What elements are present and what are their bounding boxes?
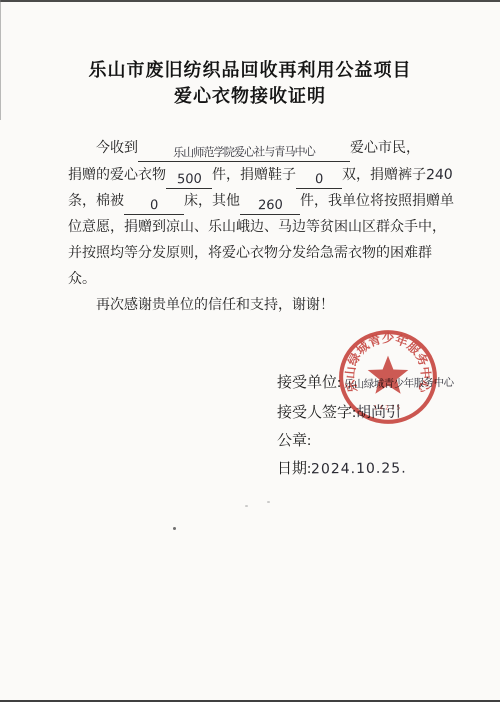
official-seal-label: 公章: [277,433,311,449]
scanned-receipt-document: 乐山市废旧纺织品回收再利用公益项目 爱心衣物接收证明 今收到乐山师范学院爱心社与… [0,0,500,702]
handwritten-other-count: 260 [257,197,282,214]
fill-donor-name: 乐山师范学院爱心社与青马中心 [138,144,350,162]
red-star-icon [368,356,409,394]
title-line-1: 乐山市废旧纺织品回收再利用公益项目 [0,57,500,83]
handwritten-date: 2024.10.25. [311,455,407,484]
date-row: 日期:2024.10.25. [277,455,457,483]
scan-speck [267,501,270,503]
fill-clothes-count: 500 [166,171,212,189]
body-line-4: 位意愿，捐赠到凉山、乐山峨边、马边等贫困山区群众手中， [68,215,436,241]
title-line-2: 爱心衣物接收证明 [0,83,500,109]
document-title: 乐山市废旧纺织品回收再利用公益项目 爱心衣物接收证明 [0,57,500,109]
body-line-1: 今收到乐山师范学院爱心社与青马中心爱心市民， [68,136,436,162]
fill-quilt-count: 0 [124,197,184,215]
document-body: 今收到乐山师范学院爱心社与青马中心爱心市民， 捐赠的爱心衣物500件，捐赠鞋子0… [68,136,436,319]
body-text: 件，捐赠鞋子 [212,168,296,183]
fill-other-count: 260 [240,197,300,215]
handwritten-quilt-count: 0 [150,197,159,214]
body-text: 双，捐赠裤子 [342,168,426,183]
body-line-6: 众。 [68,267,436,293]
body-line-5: 并按照均等分发原则，将爱心衣物分发给急需衣物的困难群 [68,241,436,267]
fill-shoes-count: 0 [296,171,342,189]
handwritten-donor-name: 乐山师范学院爱心社与青马中心 [173,143,315,161]
handwritten-shoes-count: 0 [315,171,324,188]
body-text: 捐赠的爱心衣物 [68,168,166,183]
official-seal-row: 公章: [277,427,457,455]
scan-speck [173,527,176,530]
body-line-3: 条，棉被0床，其他260件，我单位将按照捐赠单 [68,189,436,215]
receiving-unit-label: 接受单位: [277,375,341,391]
body-line-7: 再次感谢贵单位的信任和支持，谢谢！ [68,293,436,319]
handwritten-clothes-count: 500 [176,171,201,188]
scan-speck [245,505,248,507]
date-label: 日期: [277,461,311,477]
body-text: 今收到 [96,141,138,156]
handwritten-pants-count: 240 [426,162,454,188]
body-text: 条，棉被 [68,194,124,209]
official-seal-stamp: 乐山绿城青少年服务中心 14275 [335,327,441,429]
body-text: 床，其他 [184,194,240,209]
body-line-2: 捐赠的爱心衣物500件，捐赠鞋子0双，捐赠裤子240 [68,162,436,189]
stamp-serial-number: 14275 [374,405,403,412]
scan-edge-top [0,0,500,2]
body-text: 爱心市民， [350,141,420,156]
body-text: 件，我单位将按照捐赠单 [300,194,454,209]
